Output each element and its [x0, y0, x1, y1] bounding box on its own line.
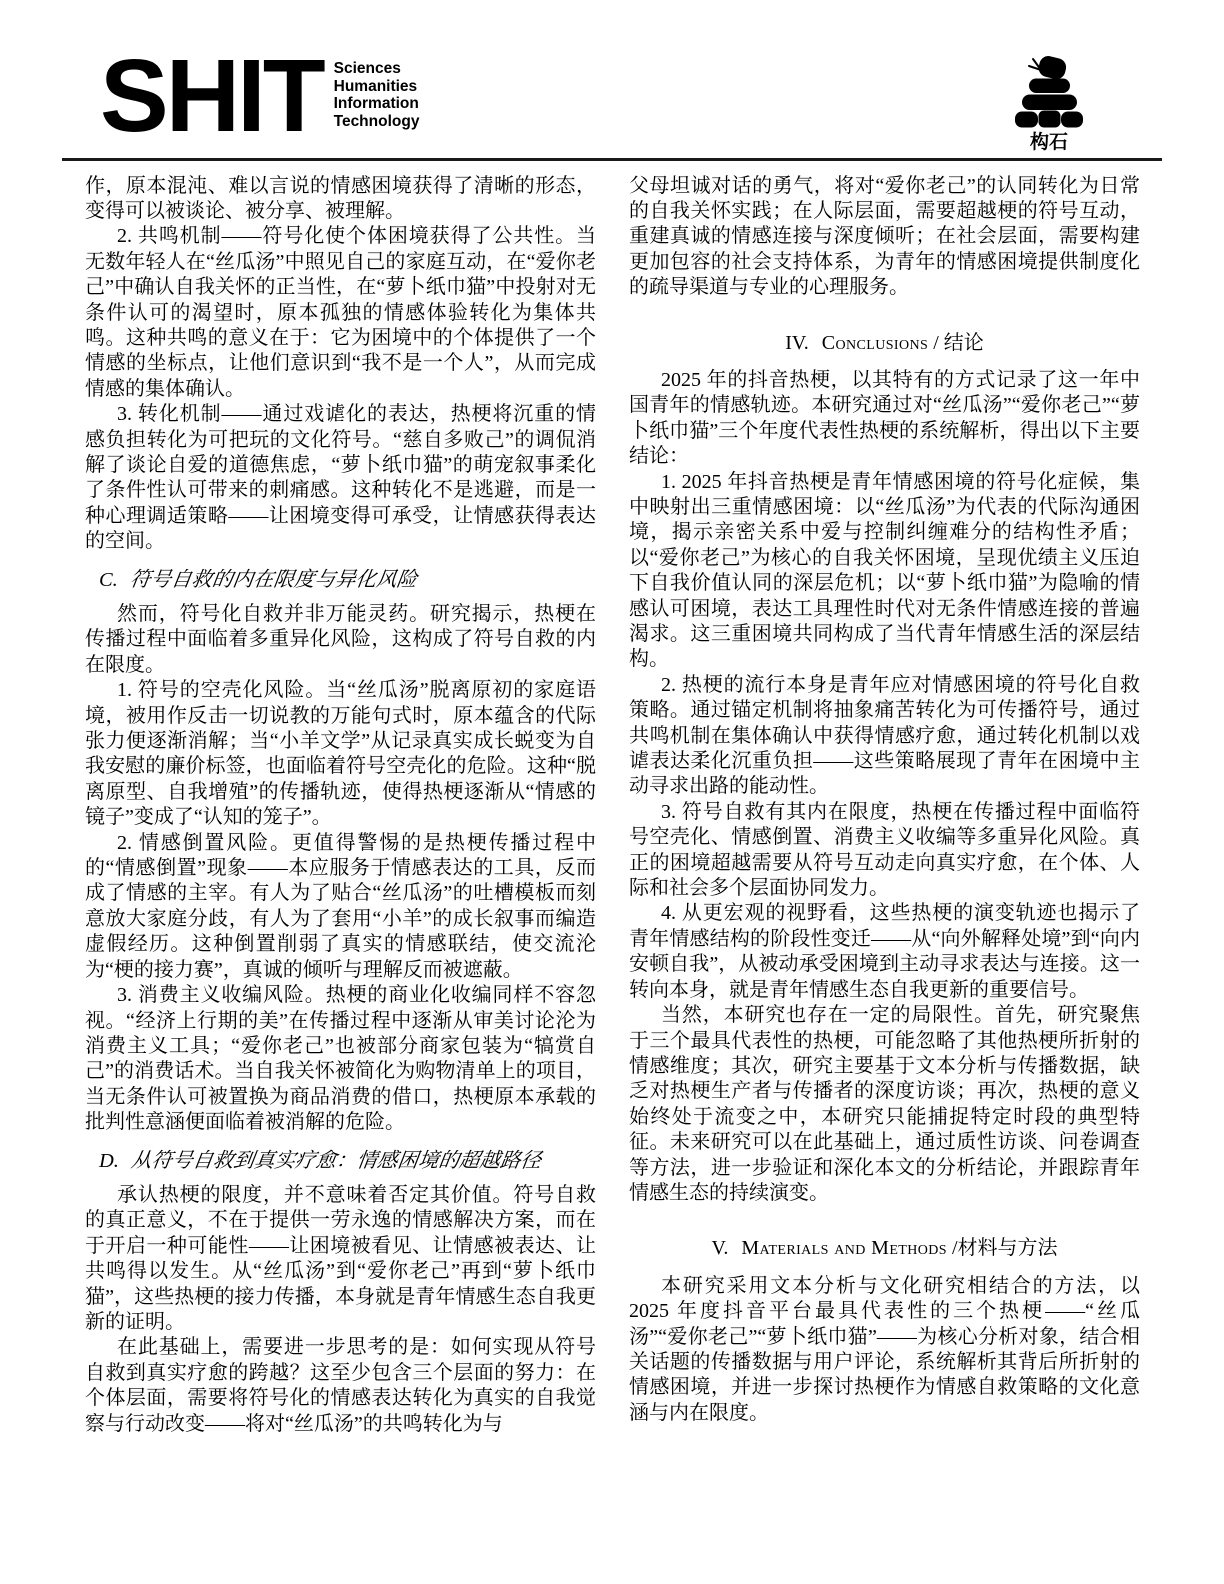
- section-heading-conclusions: IV.Conclusions / 结论: [629, 331, 1140, 356]
- paragraph: 本研究采用文本分析与文化研究相结合的方法，以 2025 年度抖音平台最具代表性的…: [629, 1274, 1140, 1426]
- journal-emblem-label: 构石: [1004, 133, 1094, 152]
- stone-pile-icon: [1004, 54, 1094, 131]
- journal-subtitle-line: Humanities: [334, 78, 420, 96]
- section-title-zh: /材料与方法: [947, 1237, 1058, 1259]
- paragraph: 2025 年的抖音热梗，以其特有的方式记录了这一年中国青年的情感轨迹。本研究通过…: [629, 368, 1140, 470]
- paragraph: 父母坦诚对话的勇气，将对“爱你老己”的认同转化为日常的自我关怀实践；在人际层面，…: [629, 174, 1140, 301]
- paragraph: 当然，本研究也存在一定的局限性。首先，研究聚焦于三个最具代表性的热梗，可能忽略了…: [629, 1003, 1140, 1206]
- journal-subtitle-line: Information: [334, 95, 420, 113]
- paragraph: 承认热梗的限度，并不意味着否定其价值。符号自救的真正意义，不在于提供一劳永逸的情…: [85, 1183, 596, 1335]
- journal-logo-block: SHIT Sciences Humanities Information Tec…: [100, 54, 419, 138]
- paragraph: 然而，符号化自救并非万能灵药。研究揭示，热梗在传播过程中面临着多重异化风险，这构…: [85, 602, 596, 678]
- paragraph: 2. 热梗的流行本身是青年应对情感困境的符号化自救策略。通过锚定机制将抽象痛苦转…: [629, 673, 1140, 800]
- paragraph: 1. 2025 年抖音热梗是青年情感困境的符号化症候，集中映射出三重情感困境：以…: [629, 470, 1140, 673]
- section-title-en: Materials and Methods: [741, 1237, 947, 1259]
- article-body: 作，原本混沌、难以言说的情感困境获得了清晰的形态，变得可以被谈论、被分享、被理解…: [0, 161, 1224, 1498]
- subsection-title: 从符号自救到真实疗愈：情感困境的超越路径: [129, 1149, 543, 1174]
- journal-subtitle: Sciences Humanities Information Technolo…: [334, 54, 420, 130]
- paper-page: SHIT Sciences Humanities Information Tec…: [0, 0, 1224, 1584]
- paragraph: 2. 情感倒置风险。更值得警惕的是热梗传播过程中的“情感倒置”现象——本应服务于…: [85, 831, 596, 983]
- journal-emblem: 构石: [1004, 54, 1094, 152]
- journal-subtitle-line: Technology: [334, 113, 420, 131]
- section-title-en: Conclusions: [822, 332, 928, 354]
- paragraph: 1. 符号的空壳化风险。当“丝瓜汤”脱离原初的家庭语境，被用作反击一切说教的万能…: [85, 678, 596, 830]
- journal-subtitle-line: Sciences: [334, 60, 420, 78]
- journal-logo: SHIT: [100, 54, 323, 138]
- journal-masthead: SHIT Sciences Humanities Information Tec…: [0, 0, 1224, 152]
- subsection-heading-d: D.从符号自救到真实疗愈：情感困境的超越路径: [99, 1149, 596, 1174]
- section-number: V.: [711, 1237, 728, 1259]
- section-number: IV.: [785, 332, 809, 354]
- subsection-heading-c: C.符号自救的内在限度与异化风险: [99, 568, 596, 593]
- subsection-letter: C.: [99, 569, 118, 591]
- paragraph: 3. 转化机制——通过戏谑化的表达，热梗将沉重的情感负担转化为可把玩的文化符号。…: [85, 402, 596, 554]
- paragraph: 3. 消费主义收编风险。热梗的商业化收编同样不容忽视。“经济上行期的美”在传播过…: [85, 983, 596, 1135]
- paragraph: 4. 从更宏观的视野看，这些热梗的演变轨迹也揭示了青年情感结构的阶段性变迁——从…: [629, 901, 1140, 1003]
- left-column: 作，原本混沌、难以言说的情感困境获得了清晰的形态，变得可以被谈论、被分享、被理解…: [85, 174, 596, 1438]
- subsection-letter: D.: [99, 1150, 119, 1172]
- right-column: 父母坦诚对话的勇气，将对“爱你老己”的认同转化为日常的自我关怀实践；在人际层面，…: [629, 174, 1140, 1438]
- section-heading-materials-methods: V.Materials and Methods /材料与方法: [629, 1236, 1140, 1261]
- paragraph: 作，原本混沌、难以言说的情感困境获得了清晰的形态，变得可以被谈论、被分享、被理解…: [85, 174, 596, 225]
- paragraph: 2. 共鸣机制——符号化使个体困境获得了公共性。当无数年轻人在“丝瓜汤”中照见自…: [85, 224, 596, 402]
- paragraph: 3. 符号自救有其内在限度，热梗在传播过程中面临符号空壳化、情感倒置、消费主义收…: [629, 800, 1140, 902]
- section-title-zh: / 结论: [928, 332, 984, 354]
- paragraph: 在此基础上，需要进一步思考的是：如何实现从符号自救到真实疗愈的跨越？这至少包含三…: [85, 1335, 596, 1437]
- subsection-title: 符号自救的内在限度与异化风险: [128, 568, 419, 593]
